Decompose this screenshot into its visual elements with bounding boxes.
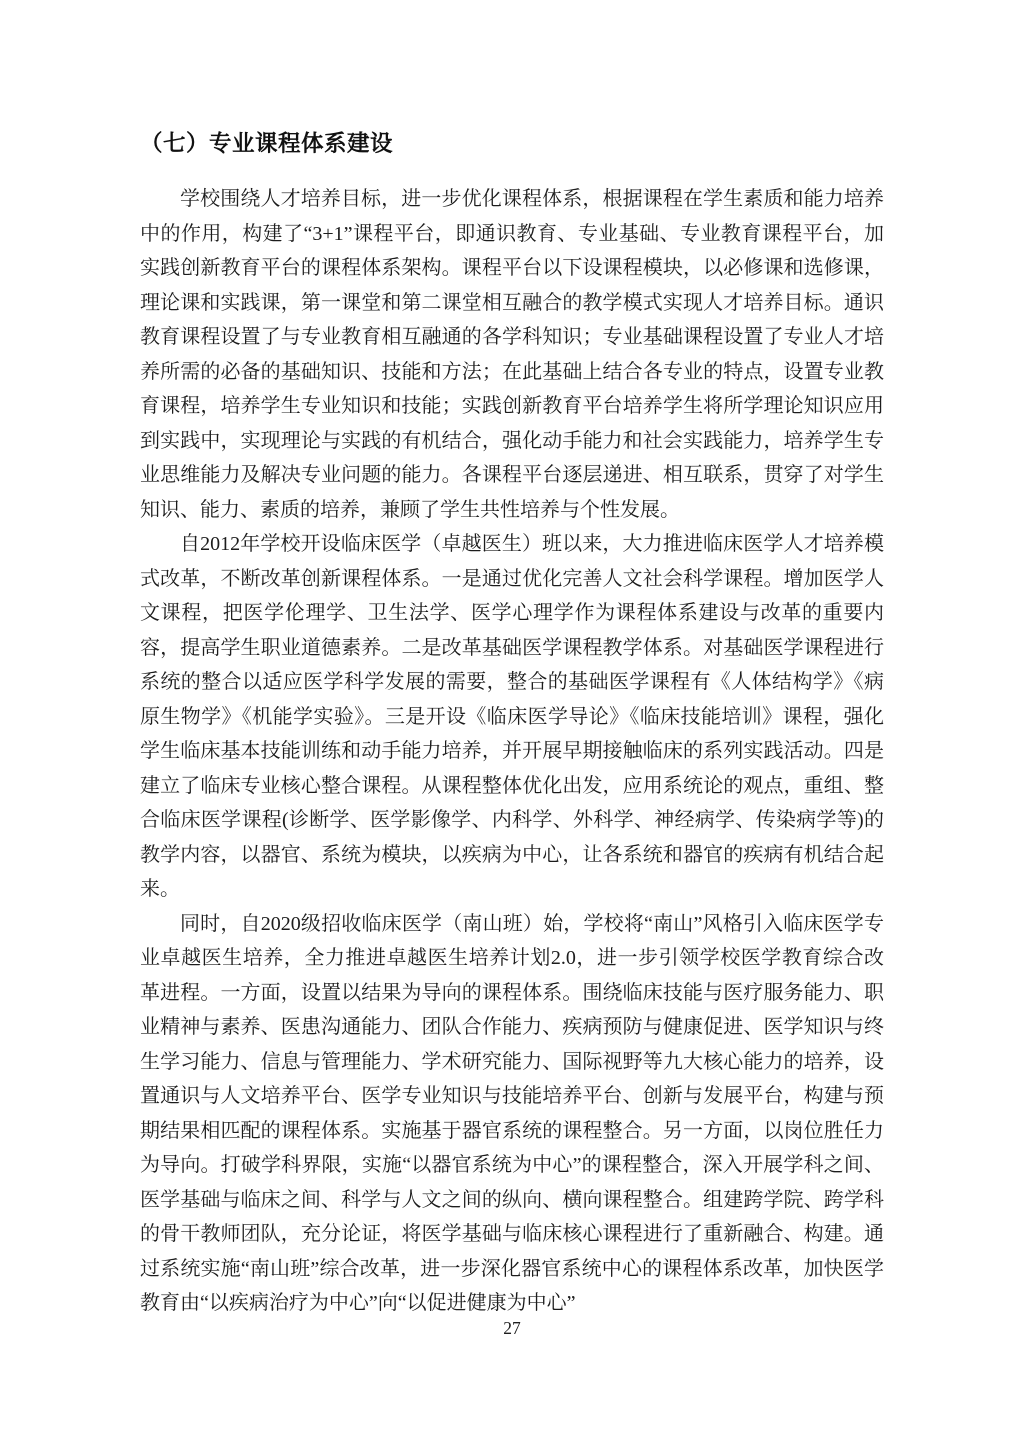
page-number: 27 [0,1318,1024,1339]
paragraph-overview: 学校围绕人才培养目标，进一步优化课程体系，根据课程在学生素质和能力培养中的作用，… [140,182,884,527]
document-page: （七）专业课程体系建设 学校围绕人才培养目标，进一步优化课程体系，根据课程在学生… [0,0,1024,1448]
document-body: 学校围绕人才培养目标，进一步优化课程体系，根据课程在学生素质和能力培养中的作用，… [140,182,884,1321]
paragraph-excellent-doctor-class: 自2012年学校开设临床医学（卓越医生）班以来，大力推进临床医学人才培养模式改革… [140,527,884,907]
paragraph-nanshan-class: 同时，自2020级招收临床医学（南山班）始，学校将“南山”风格引入临床医学专业卓… [140,907,884,1321]
section-heading: （七）专业课程体系建设 [140,127,884,161]
